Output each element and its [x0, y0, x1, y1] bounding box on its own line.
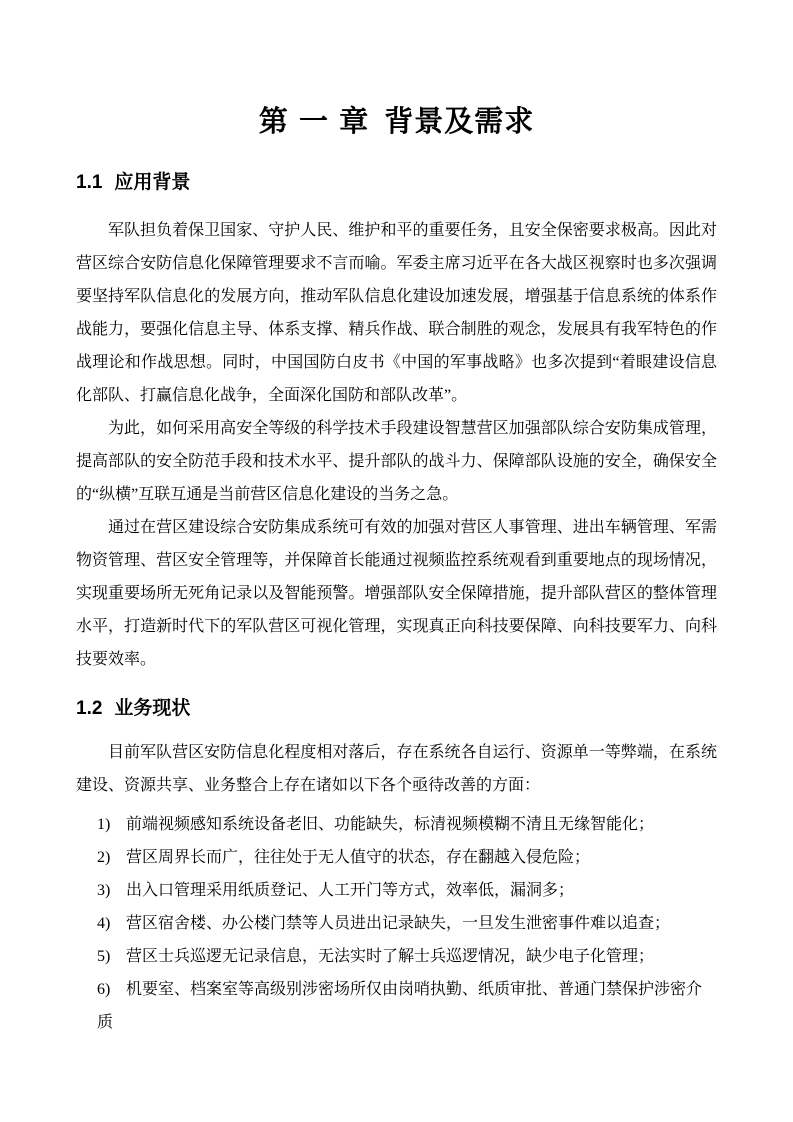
section-title: 应用背景 — [114, 172, 190, 193]
issue-list: 1)前端视频感知系统设备老旧、功能缺失，标清视频模糊不清且无缘智能化； 2)营区… — [76, 808, 717, 1039]
section-heading-1-1: 1.1应用背景 — [76, 170, 717, 196]
list-item: 5)营区士兵巡逻无记录信息，无法实时了解士兵巡逻情况，缺少电子化管理； — [97, 940, 717, 973]
section-number: 1.2 — [76, 696, 102, 722]
list-item-text: 营区周界长而广，往往处于无人值守的状态，存在翻越入侵危险； — [126, 849, 590, 866]
section-heading-1-2: 1.2业务现状 — [76, 696, 717, 722]
list-item-text: 营区宿舍楼、办公楼门禁等人员进出记录缺失，一旦发生泄密事件难以追查； — [126, 915, 670, 932]
list-item: 6)机要室、档案室等高级别涉密场所仅由岗哨执勤、纸质审批、普通门禁保护涉密介质 — [97, 973, 717, 1039]
document-page: 第 一 章背景及需求 1.1应用背景 军队担负着保卫国家、守护人民、维护和平的重… — [0, 0, 793, 1122]
list-item: 3)出入口管理采用纸质登记、人工开门等方式，效率低，漏洞多； — [97, 874, 717, 907]
list-item-marker: 6) — [97, 973, 118, 1006]
list-item-marker: 4) — [97, 907, 118, 940]
chapter-number: 第 一 章 — [259, 106, 371, 138]
list-item-marker: 3) — [97, 874, 118, 907]
section-1-2-body: 目前军队营区安防信息化程度相对落后，存在系统各自运行、资源单一等弊端，在系统建设… — [76, 736, 717, 1039]
section-title: 业务现状 — [114, 698, 190, 719]
paragraph: 目前军队营区安防信息化程度相对落后，存在系统各自运行、资源单一等弊端，在系统建设… — [76, 736, 717, 802]
list-item-text: 前端视频感知系统设备老旧、功能缺失，标清视频模糊不清且无缘智能化； — [126, 816, 654, 833]
section-number: 1.1 — [76, 170, 102, 196]
list-item: 4)营区宿舍楼、办公楼门禁等人员进出记录缺失，一旦发生泄密事件难以追查； — [97, 907, 717, 940]
section-1-1-body: 军队担负着保卫国家、守护人民、维护和平的重要任务，且安全保密要求极高。因此对营区… — [76, 214, 717, 676]
paragraph: 通过在营区建设综合安防集成系统可有效的加强对营区人事管理、进出车辆管理、军需物资… — [76, 511, 717, 676]
chapter-name: 背景及需求 — [384, 106, 534, 138]
list-item-marker: 1) — [97, 808, 118, 841]
paragraph: 军队担负着保卫国家、守护人民、维护和平的重要任务，且安全保密要求极高。因此对营区… — [76, 214, 717, 412]
list-item-text: 机要室、档案室等高级别涉密场所仅由岗哨执勤、纸质审批、普通门禁保护涉密介质 — [97, 981, 702, 1031]
chapter-title: 第 一 章背景及需求 — [76, 100, 717, 144]
list-item-text: 出入口管理采用纸质登记、人工开门等方式，效率低，漏洞多； — [126, 882, 574, 899]
list-item: 2)营区周界长而广，往往处于无人值守的状态，存在翻越入侵危险； — [97, 841, 717, 874]
list-item-marker: 5) — [97, 940, 118, 973]
list-item: 1)前端视频感知系统设备老旧、功能缺失，标清视频模糊不清且无缘智能化； — [97, 808, 717, 841]
list-item-text: 营区士兵巡逻无记录信息，无法实时了解士兵巡逻情况，缺少电子化管理； — [126, 948, 654, 965]
paragraph: 为此，如何采用高安全等级的科学技术手段建设智慧营区加强部队综合安防集成管理，提高… — [76, 412, 717, 511]
list-item-marker: 2) — [97, 841, 118, 874]
